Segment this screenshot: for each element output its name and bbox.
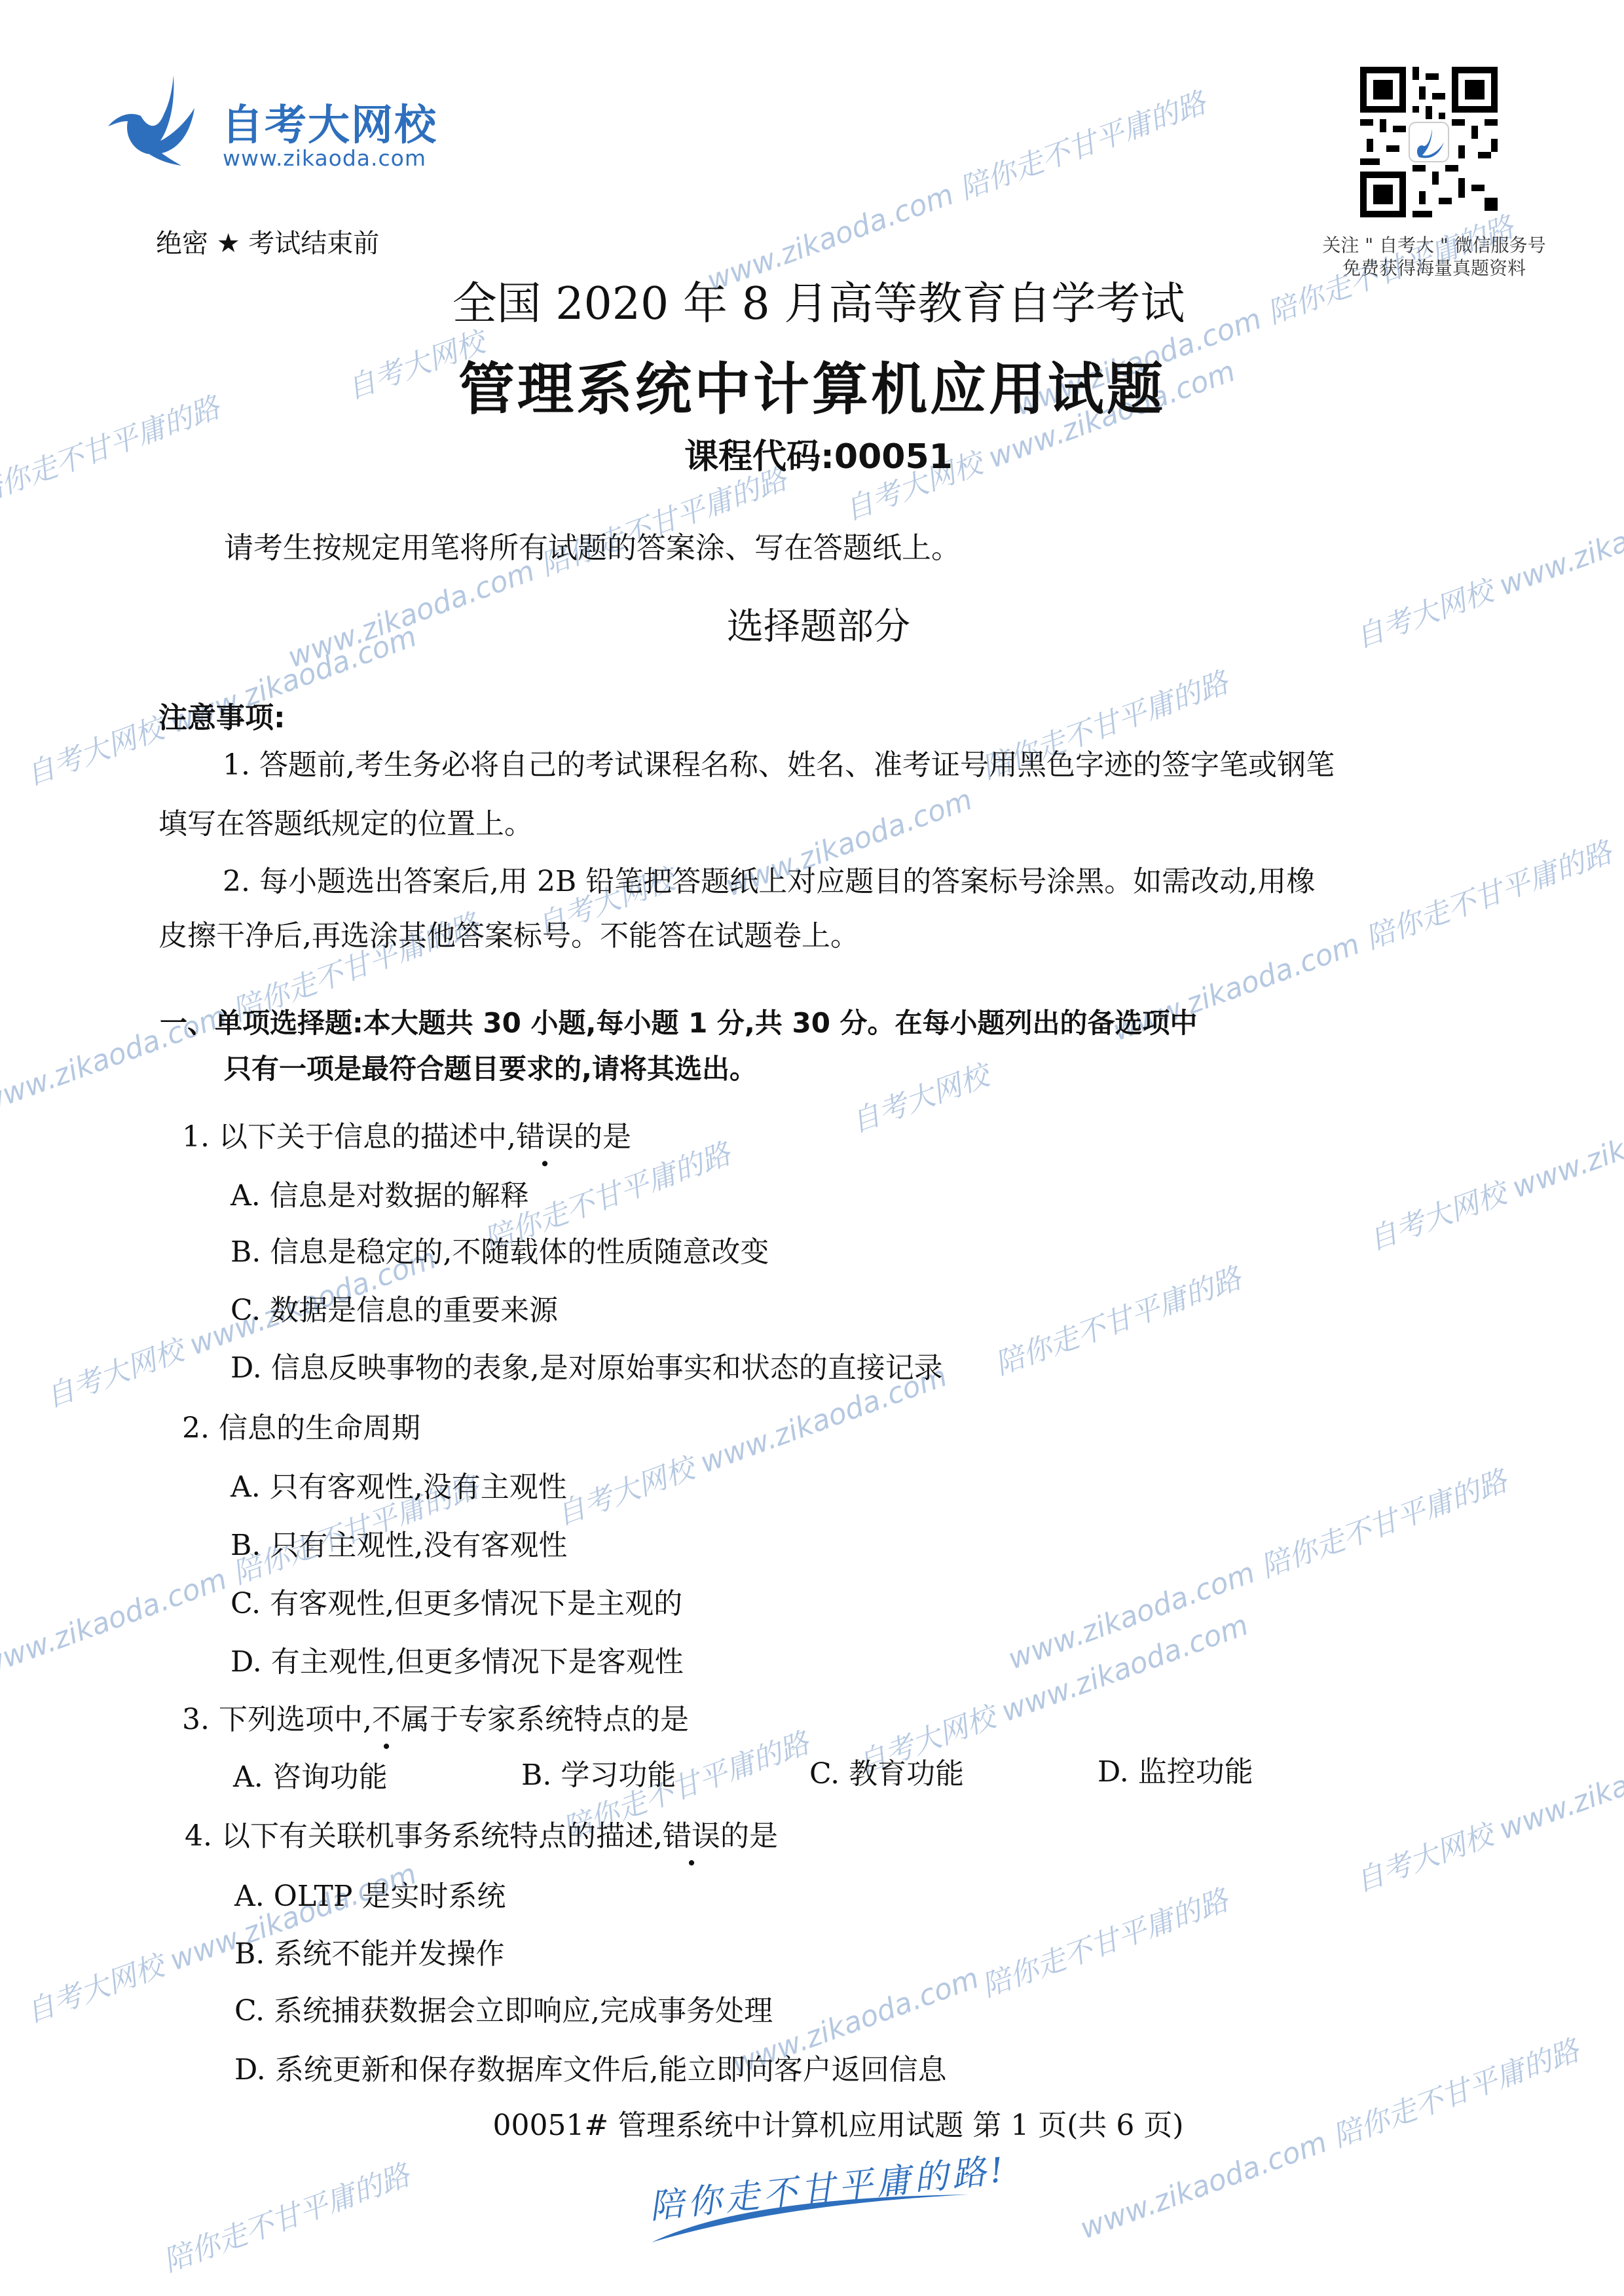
watermark: 自考大网校 www.zikaoda.com [1361,1078,1624,1258]
question-3-option-d[interactable]: D. 监控功能 [1098,1748,1253,1790]
question-4-option-b[interactable]: B. 系统不能并发操作 [234,1930,504,1972]
question-2-option-b[interactable]: B. 只有主观性,没有客观性 [231,1522,567,1563]
note-item-1: 1. 答题前,考生务必将自己的考试课程名称、姓名、准考证号用黑色字迹的签字笔或钢… [223,741,1335,783]
note-item-2-cont: 皮擦干净后,再选涂其他答案标号。不能答在试题卷上。 [158,912,859,954]
question-2-option-a[interactable]: A. 只有客观性,没有主观性 [231,1463,567,1505]
question-3-stem: 3. 下列选项中,不属于专家系统特点的是 [182,1696,689,1738]
question-1-option-d[interactable]: D. 信息反映事物的表象,是对原始事实和状态的直接记录 [231,1344,943,1386]
question-4-option-a[interactable]: A. OLTP 是实时系统 [234,1872,506,1914]
question-3-option-a[interactable]: A. 咨询功能 [233,1753,388,1795]
watermark: 自考大网校 [844,1052,994,1140]
instruction-text: 请考生按规定用笔将所有试题的答案涂、写在答题纸上。 [224,524,961,566]
watermark: www.zikaoda.com 陪你走不甘平庸的路 [1001,1457,1512,1677]
logo-url: www.zikaoda.com [223,145,426,171]
qr-code-icon [1360,65,1498,219]
emphasis-mark: 错误 [663,1819,720,1853]
part-heading: 一、单项选择题:本大题共 30 小题,每小题 1 分,共 30 分。在每小题列出… [160,1002,1198,1041]
page-footer: 00051# 管理系统中计算机应用试题 第 1 页(共 6 页) [0,2102,1624,2143]
question-2-stem: 2. 信息的生命周期 [182,1404,420,1446]
paper-title: 管理系统中计算机应用试题 [0,344,1624,425]
question-2-option-c[interactable]: C. 有客观性,但更多情况下是主观的 [231,1580,682,1622]
question-2-option-d[interactable]: D. 有主观性,但更多情况下是客观性 [231,1638,684,1680]
secrecy-label: 绝密 ★ 考试结束前 [156,223,379,260]
watermark: 自考大网校 www.zikaoda.com [1348,1719,1624,1900]
question-1-option-a[interactable]: A. 信息是对数据的解释 [231,1172,529,1214]
course-code: 课程代码:00051 [0,429,1624,478]
exam-title: 全国 2020 年 8 月高等教育自学考试 [0,268,1624,332]
section-title: 选择题部分 [0,598,1624,650]
question-1-option-b[interactable]: B. 信息是稳定的,不随载体的性质随意改变 [231,1228,769,1270]
watermark: 陪你走不甘平庸的路 [988,1254,1246,1383]
note-item-1-cont: 填写在答题纸规定的位置上。 [158,800,533,842]
question-1-option-c[interactable]: C. 数据是信息的重要来源 [231,1286,558,1328]
note-item-2: 2. 每小题选出答案后,用 2B 铅笔把答题纸上对应题目的答案标号涂黑。如需改动… [223,858,1315,900]
emphasis-mark: 错误 [516,1120,574,1154]
logo-name: 自考大网校 [221,92,437,152]
notes-heading: 注意事项: [158,694,286,736]
part-heading-cont: 只有一项是最符合题目要求的,请将其选出。 [224,1048,757,1087]
question-1-stem: 1. 以下关于信息的描述中,错误的是 [182,1113,631,1155]
qr-caption-line: 关注 " 自考大 " 微信服务号 [1303,234,1565,257]
question-4-stem: 4. 以下有关联机事务系统特点的描述,错误的是 [185,1812,778,1854]
question-4-option-d[interactable]: D. 系统更新和保存数据库文件后,能立即向客户返回信息 [234,2046,947,2088]
logo-bird-icon [108,75,206,167]
watermark: 陪你走不甘平庸的路 [975,1876,1233,2005]
question-3-option-c[interactable]: C. 教育功能 [809,1750,964,1792]
watermark: www.zikaoda.com 陪你走不甘平庸的路 [700,79,1211,299]
emphasis-mark: 不 [372,1703,401,1736]
question-4-option-c[interactable]: C. 系统捕获数据会立即响应,完成事务处理 [234,1987,773,2029]
swoosh-icon [648,2187,976,2246]
question-3-option-b[interactable]: B. 学习功能 [521,1751,676,1793]
watermark: 陪你走不甘平庸的路 [157,2151,415,2280]
